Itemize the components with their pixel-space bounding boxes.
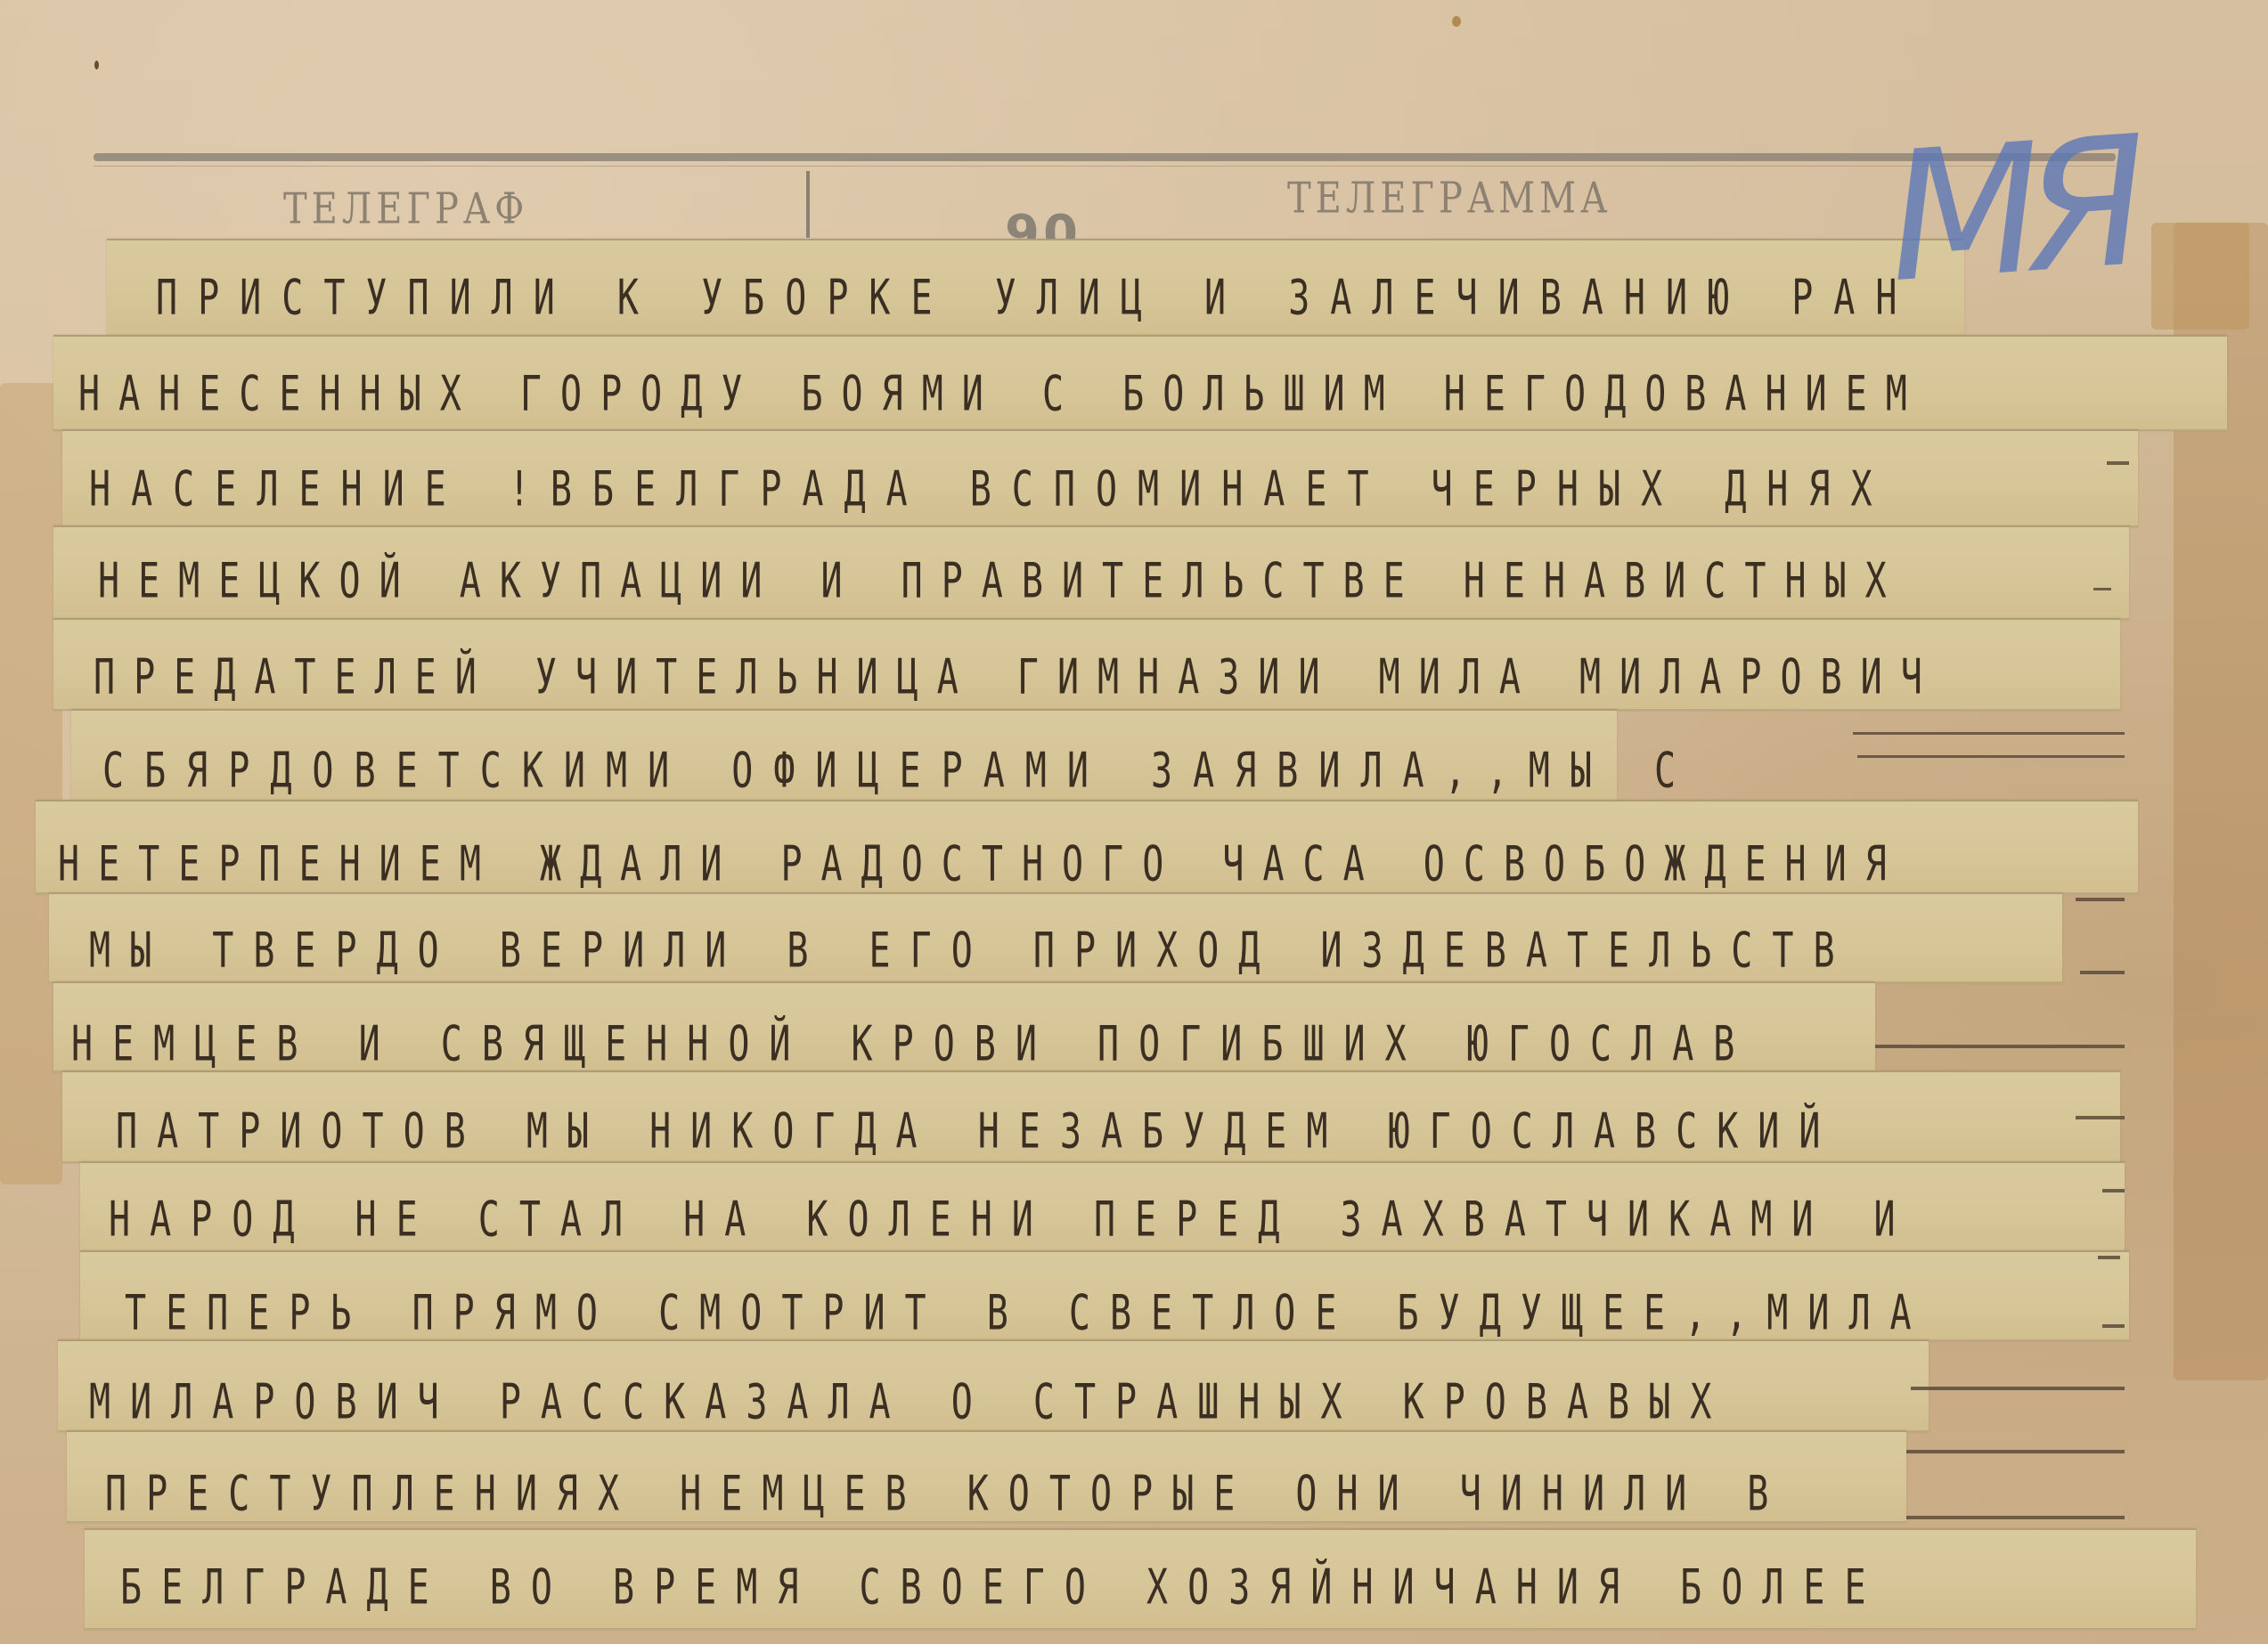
telegram-line-11: НАРОД НЕ СТАЛ НА КОЛЕНИ ПЕРЕД ЗАХВАТЧИКА…	[109, 1192, 1915, 1248]
filler-dash	[2102, 1189, 2125, 1192]
filler-dash	[2080, 971, 2125, 974]
telegram-line-4: НЕМЕЦКОЙ АКУПАЦИИ И ПРАВИТЕЛЬСТВЕ НЕНАВИ…	[98, 554, 1905, 609]
telegram-line-5: ПРЕДАТЕЛЕЙ УЧИТЕЛЬНИЦА ГИМНАЗИИ МИЛА МИЛ…	[94, 650, 1941, 705]
telegram-line-6: СБЯРДОВЕТСКИМИ ОФИЦЕРАМИ ЗАЯВИЛА,,МЫ С	[102, 744, 1696, 799]
telegram-line-7: НЕТЕРПЕНИЕМ ЖДАЛИ РАДОСТНОГО ЧАСА ОСВОБО…	[58, 837, 1905, 892]
header-label-telegram: ТЕЛЕГРАММА	[1287, 174, 1611, 223]
filler-dash	[2107, 461, 2129, 465]
filler-dash	[1875, 1045, 2125, 1048]
telegram-line-15: БЕЛГРАДЕ ВО ВРЕМЯ СВОЕГО ХОЗЯЙНИЧАНИЯ БО…	[120, 1560, 1886, 1616]
header-rule	[94, 153, 2116, 161]
telegram-line-12: ТЕПЕРЬ ПРЯМО СМОТРИТ В СВЕТЛОЕ БУДУЩЕЕ,,…	[125, 1286, 1931, 1341]
telegram-line-1: ПРИСТУПИЛИ К УБОРКЕ УЛИЦ И ЗАЛЕЧИВАНИЮ Р…	[156, 271, 1917, 326]
telegram-line-2: НАНЕСЕННЫХ ГОРОДУ БОЯМИ С БОЛЬШИМ НЕГОДО…	[78, 367, 1926, 422]
header-label-telegraph: ТЕЛЕГРАФ	[283, 184, 528, 233]
paper-speck	[1452, 16, 1461, 27]
filler-dash	[1911, 1387, 2125, 1390]
filler-dash	[1906, 1516, 2125, 1519]
telegram-line-3: НАСЕЛЕНИЕ !ВБЕЛГРАДА ВСПОМИНАЕТ ЧЕРНЫХ Д…	[89, 462, 1893, 517]
handwritten-mark: МЯ	[1881, 99, 2137, 322]
filler-dash	[1857, 755, 2125, 758]
paper-speck	[94, 61, 99, 69]
telegram-line-10: ПАТРИОТОВ МЫ НИКОГДА НЕЗАБУДЕМ ЮГОСЛАВСК…	[116, 1104, 1840, 1160]
filler-dash	[2076, 898, 2125, 901]
telegram-line-14: ПРЕСТУПЛЕНИЯХ НЕМЦЕВ КОТОРЫЕ ОНИ ЧИНИЛИ …	[105, 1467, 1788, 1522]
telegram-line-8: МЫ ТВЕРДО ВЕРИЛИ В ЕГО ПРИХОД ИЗДЕВАТЕЛЬ…	[89, 924, 1855, 979]
telegram-line-13: МИЛАРОВИЧ РАССКАЗАЛА О СТРАШНЫХ КРОВАВЫХ	[89, 1375, 1731, 1430]
filler-dash	[1853, 732, 2125, 735]
filler-dash	[1906, 1450, 2125, 1453]
header-rule-thin	[94, 166, 2116, 167]
stamp-number: 90	[1005, 205, 1081, 239]
tape-residue-top-right	[2151, 223, 2249, 330]
filler-dash	[2098, 1256, 2120, 1259]
telegram-sheet: ТЕЛЕГРАФ ТЕЛЕГРАММА 90 ПРИСТУПИЛИ К УБОР…	[0, 0, 2268, 1644]
telegram-line-9: НЕМЦЕВ И СВЯЩЕННОЙ КРОВИ ПОГИБШИХ ЮГОСЛА…	[71, 1017, 1754, 1072]
filler-dash	[2076, 1116, 2125, 1119]
header-divider	[806, 171, 810, 238]
filler-dash	[2093, 588, 2111, 590]
filler-dash	[2102, 1324, 2125, 1328]
